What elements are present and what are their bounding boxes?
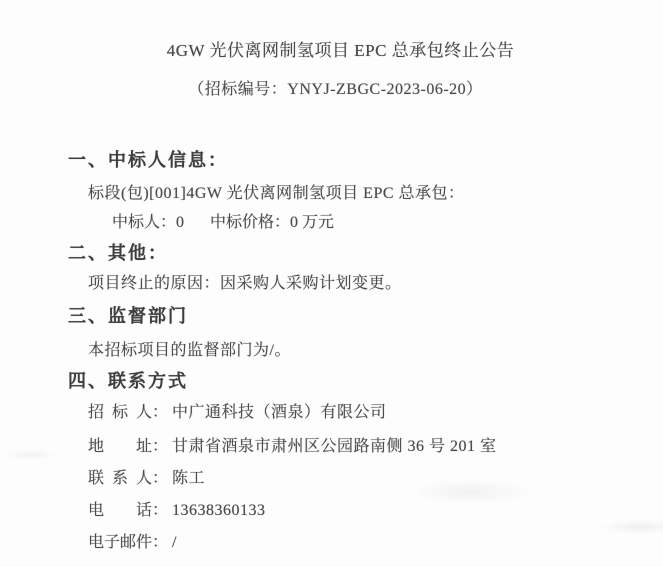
contact-row-phone: 电 话：13638360133	[88, 501, 266, 521]
section-heading-winner-info: 一、中标人信息：	[68, 150, 228, 170]
contact-row-person: 联 系 人：陈工	[88, 469, 205, 489]
contact-colon: ：	[152, 469, 168, 489]
contact-colon: ：	[152, 437, 168, 457]
contact-label: 招 标 人	[88, 403, 152, 423]
contact-row-email: 电子邮件：/	[88, 533, 177, 553]
contact-label: 电子邮件	[88, 533, 152, 553]
scanned-document-page: 4GW 光伏离网制氢项目 EPC 总承包终止公告 （招标编号：YNYJ-ZBGC…	[0, 0, 663, 567]
contact-value: 陈工	[172, 469, 205, 489]
section-heading-contact: 四、联系方式	[68, 371, 188, 391]
contact-value: 13638360133	[172, 501, 266, 521]
contact-colon: ：	[152, 533, 168, 553]
contact-value: /	[172, 533, 177, 553]
contact-row-address: 地 址：甘肃省酒泉市肃州区公园路南侧 36 号 201 室	[88, 437, 497, 457]
contact-value: 甘肃省酒泉市肃州区公园路南侧 36 号 201 室	[172, 437, 497, 457]
section-heading-other: 二、其他：	[68, 243, 168, 263]
contact-label: 电 话	[88, 501, 152, 521]
bid-number-line: （招标编号：YNYJ-ZBGC-2023-06-20）	[8, 80, 663, 100]
package-line: 标段(包)[001]4GW 光伏离网制氢项目 EPC 总承包：	[88, 184, 465, 204]
winner-label: 中标人：	[112, 214, 176, 231]
contact-value: 中广通科技（酒泉）有限公司	[172, 403, 387, 423]
contact-row-tenderer: 招 标 人：中广通科技（酒泉）有限公司	[88, 403, 387, 423]
winner-price-row: 中标人：0中标价格：0 万元	[112, 213, 334, 233]
contact-colon: ：	[152, 501, 168, 521]
price-value: 0 万元	[290, 214, 334, 231]
contact-label: 联 系 人	[88, 469, 152, 489]
section-heading-supervision: 三、监督部门	[68, 306, 188, 326]
contact-colon: ：	[152, 403, 168, 423]
contact-label: 地 址	[88, 437, 152, 457]
winner-value: 0	[176, 214, 184, 231]
document-title: 4GW 光伏离网制氢项目 EPC 总承包终止公告	[18, 41, 663, 61]
price-label: 中标价格：	[210, 214, 290, 231]
termination-reason-line: 项目终止的原因：因采购人采购计划变更。	[88, 274, 402, 294]
supervision-line: 本招标项目的监督部门为/。	[88, 341, 291, 361]
